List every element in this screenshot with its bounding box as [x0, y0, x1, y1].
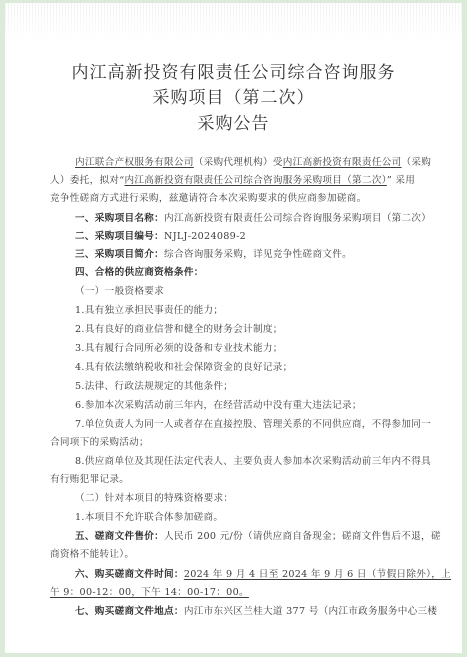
requirement-item-cont: 合同项下的采购活动；	[50, 434, 149, 448]
section-qualifications-heading: 四、合格的供应商资格条件：	[75, 264, 204, 278]
title-line-3: 采购公告	[5, 109, 462, 134]
intro-line-1: 内江联合产权服务有限公司（采购代理机构）受内江高新投资有限责任公司（采购	[75, 154, 431, 168]
section-project-summary: 三、采购项目简介：综合咨询服务采购，详见竞争性磋商文件。	[75, 246, 352, 260]
scan-artifact	[5, 3, 462, 41]
requirement-item-cont: 有行贿犯罪记录。	[50, 471, 129, 485]
requirement-item: 7.单位负责人为同一人或者存在直接控股、管理关系的不同供应商，不得参加同一	[75, 416, 431, 430]
requirement-item: 8.供应商单位及其现任法定代表人、主要负责人参加本次采购活动前三年内不得具	[75, 453, 431, 467]
general-requirements-heading: （一）一般资格要求	[75, 283, 164, 297]
document-page: 内江高新投资有限责任公司综合咨询服务 采购项目（第二次） 采购公告 内江联合产权…	[5, 3, 462, 653]
section-document-price-cont: 商资格不能转让）。	[50, 546, 134, 560]
project-name: 内江高新投资有限责任公司综合咨询服务采购项目（第二次）	[124, 175, 386, 186]
section-project-number: 二、采购项目编号：NJLJ-2024089-2	[75, 228, 246, 242]
requirement-item: 2.具有良好的商业信誉和健全的财务会计制度；	[75, 321, 283, 335]
section-document-price: 五、磋商文件售价：人民币 200 元/份（请供应商自备现金；磋商文件售后不退，磋	[75, 528, 441, 542]
requirement-item: 4.具有依法缴纳税收和社会保障资金的良好记录；	[75, 359, 293, 373]
intro-line-3: 竞争性磋商方式进行采购，兹邀请符合本次采购要求的供应商参加磋商。	[50, 190, 367, 204]
requirement-item: 6.参加本次采购活动前三年内，在经营活动中没有重大违法记录；	[75, 397, 362, 411]
requirement-item: 1.具有独立承担民事责任的能力；	[75, 302, 223, 316]
section-purchase-time: 六、购买磋商文件时间：2024 年 9 月 4 日至 2024 年 9 月 6 …	[75, 566, 451, 580]
section-purchase-location: 七、购买磋商文件地点：内江市东兴区兰桂大道 377 号（内江市政务服务中心三楼	[75, 603, 437, 617]
title-line-1: 内江高新投资有限责任公司综合咨询服务	[5, 58, 462, 83]
purchaser-name: 内江高新投资有限责任公司	[283, 157, 402, 168]
requirement-item: 3.具有履行合同所必须的设备和专业技术能力；	[75, 340, 283, 354]
special-requirements-heading: （二）针对本项目的特殊资格要求：	[75, 490, 233, 504]
intro-line-2: 人）委托，拟对“内江高新投资有限责任公司综合咨询服务采购项目（第二次）” 采用	[50, 172, 415, 186]
section-project-name: 一、采购项目名称：内江高新投资有限责任公司综合咨询服务采购项目（第二次）	[75, 210, 431, 224]
section-purchase-time-cont: 午 9：00-12：00，下午 14：00-17：00。	[50, 584, 249, 598]
title-line-2: 采购项目（第二次）	[5, 83, 462, 108]
requirement-item: 5.法律、行政法规规定的其他条件；	[75, 378, 233, 392]
special-requirement-item: 1.本项目不允许联合体参加磋商。	[75, 509, 223, 523]
agency-name: 内江联合产权服务有限公司	[75, 157, 194, 168]
